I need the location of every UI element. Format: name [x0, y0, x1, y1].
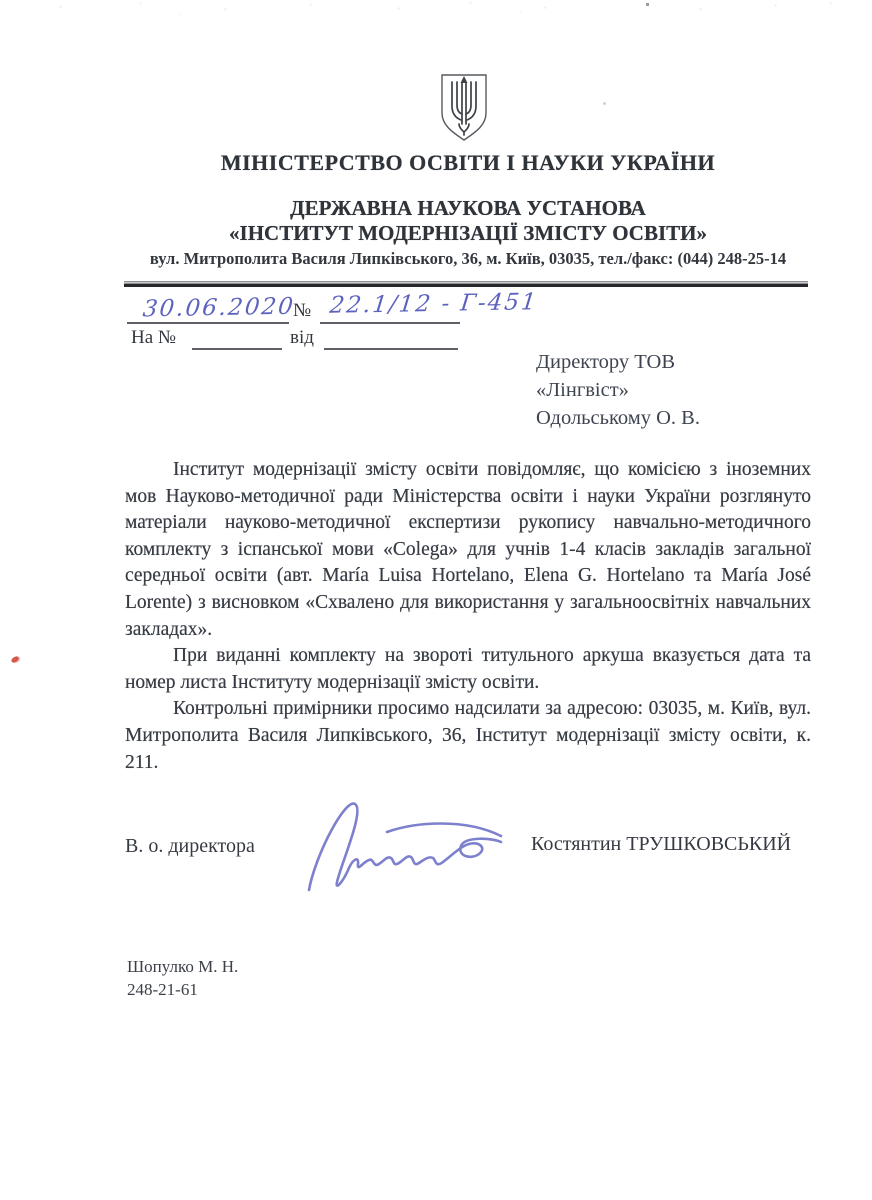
- body-paragraph-1: Інститут модернізації змісту освіти пові…: [125, 457, 811, 643]
- ministry-title: МІНІСТЕРСТВО ОСВІТИ І НАУКИ УКРАЇНИ: [125, 150, 811, 176]
- reply-date-underline: [324, 348, 458, 350]
- letter-body: Інститут модернізації змісту освіти пові…: [125, 457, 811, 776]
- date-underline: [127, 322, 289, 324]
- recipient-line: Одольському О. В.: [536, 404, 700, 432]
- recipient-line: Директору ТОВ: [536, 348, 700, 376]
- number-sign-label: №: [293, 300, 311, 322]
- handwritten-date: 30.06.2020: [141, 294, 296, 323]
- organization-name: «ІНСТИТУТ МОДЕРНІЗАЦІЇ ЗМІСТУ ОСВІТИ»: [125, 221, 811, 246]
- reply-number-underline: [192, 348, 282, 350]
- body-paragraph-2: При виданні комплекту на звороті титульн…: [125, 643, 811, 696]
- red-ink-speck: [10, 656, 19, 664]
- executor-phone: 248-21-61: [127, 978, 238, 1001]
- organization-address: вул. Митрополита Василя Липківського, 36…: [125, 249, 811, 269]
- executor-name: Шопулко М. Н.: [127, 955, 238, 978]
- reply-to-number-label: На №: [131, 327, 176, 349]
- ref-number-underline: [320, 322, 460, 324]
- handwritten-ref-number: 22.1/12 - Г-451: [328, 289, 539, 319]
- reply-date-label: від: [290, 327, 314, 349]
- handwritten-signature: [293, 788, 528, 900]
- recipient-line: «Лінгвіст»: [536, 376, 700, 404]
- signer-name: Костянтин ТРУШКОВСЬКИЙ: [531, 833, 791, 856]
- executor-block: Шопулко М. Н. 248-21-61: [127, 955, 238, 1001]
- body-paragraph-3: Контрольні примірники просимо надсилати …: [125, 696, 811, 776]
- signer-position-label: В. о. директора: [125, 835, 255, 858]
- organization-type: ДЕРЖАВНА НАУКОВА УСТАНОВА: [125, 196, 811, 221]
- ukraine-trident-emblem: [439, 73, 489, 143]
- scanned-letter-page: МІНІСТЕРСТВО ОСВІТИ І НАУКИ УКРАЇНИ ДЕРЖ…: [0, 0, 872, 1200]
- scan-noise-speckles: [0, 0, 1, 1]
- recipient-block: Директору ТОВ «Лінгвіст» Одольському О. …: [536, 348, 700, 432]
- letterhead-divider: [124, 281, 808, 287]
